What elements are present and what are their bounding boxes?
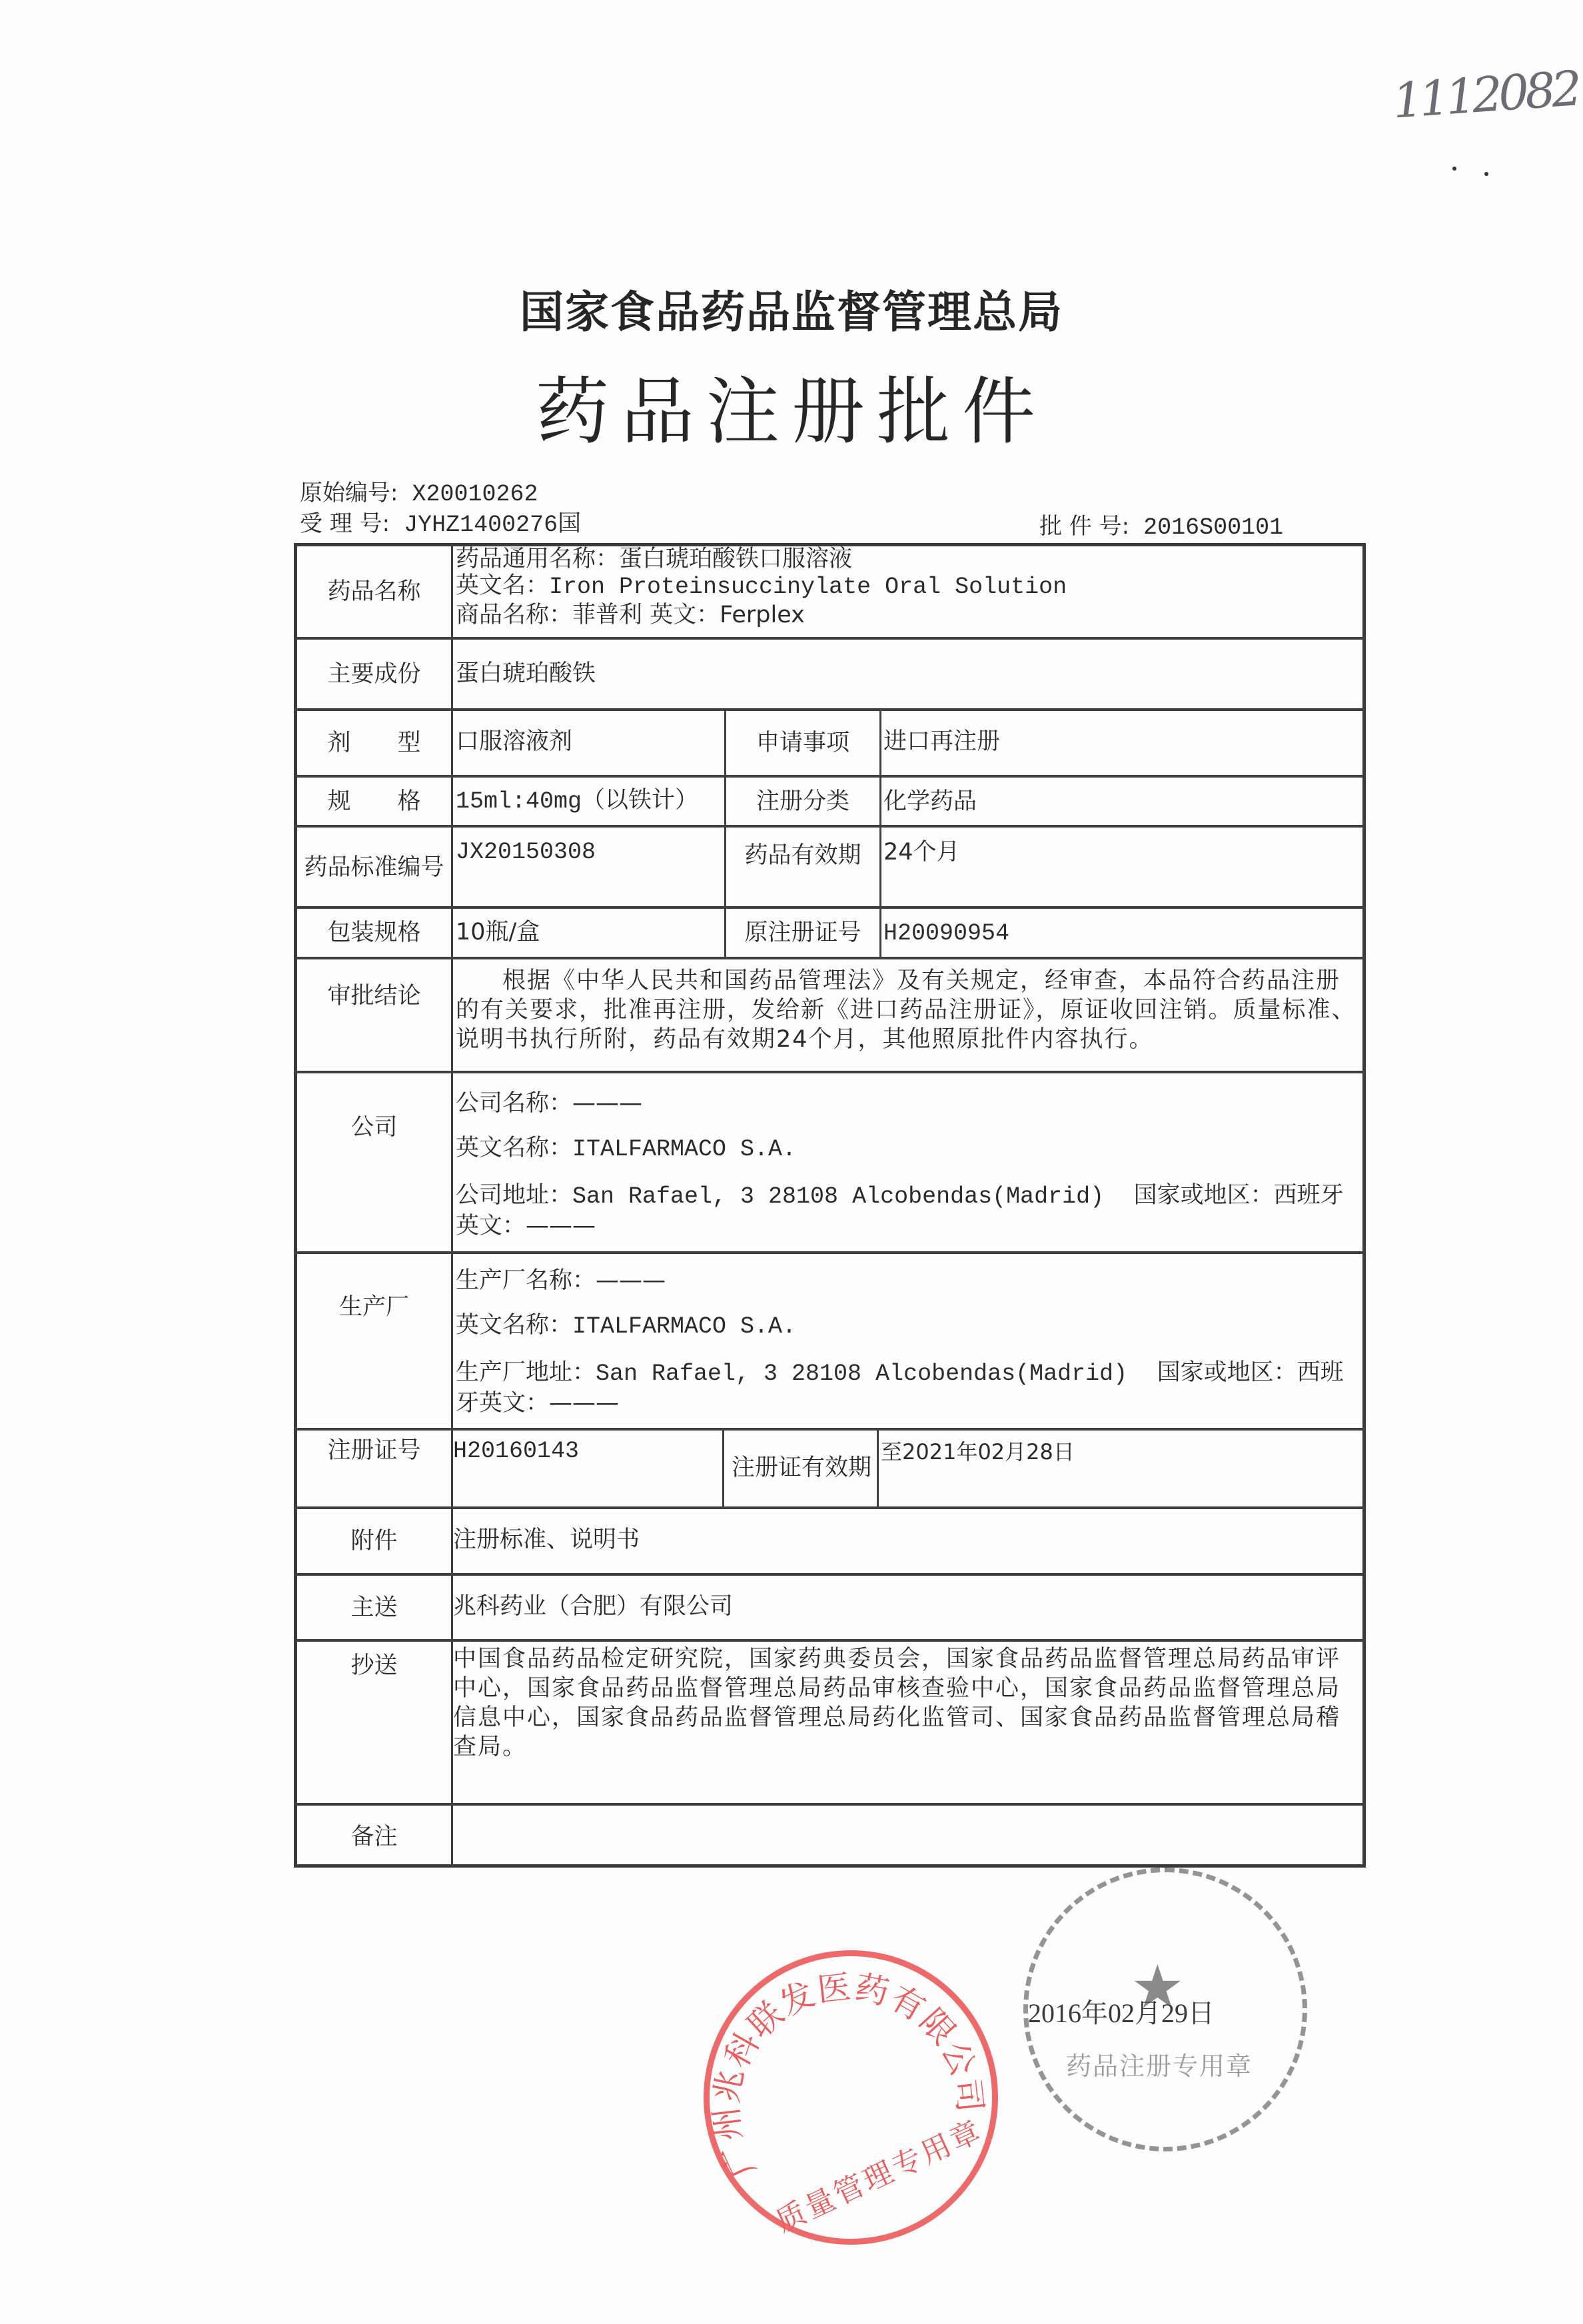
column-divider: [879, 708, 881, 958]
row-divider: [294, 957, 1366, 959]
label-conclusion: 审批结论: [297, 959, 451, 1033]
row-divider: [294, 1573, 1366, 1576]
row-divider: [294, 825, 1366, 828]
dosage-form-value: 口服溶液剂: [456, 728, 572, 756]
label-main-recipient: 主送: [297, 1576, 451, 1639]
stamp-official-text: 药品注册专用章: [1066, 2045, 1253, 2082]
acceptance-number-value: JYHZ1400276国: [404, 512, 581, 538]
company-english-name: 英文名称：ITALFARMACO S.A.: [456, 1127, 1359, 1173]
label-package: 包装规格: [297, 909, 451, 957]
original-number: 原始编号: X20010262: [300, 474, 538, 508]
label-dosage-form: 剂 型: [297, 711, 451, 775]
generic-name: 药品通用名称：蛋白琥珀酸铁口服溶液: [456, 545, 1362, 573]
label-drug-name: 药品名称: [297, 546, 451, 637]
approval-number-value: 2016S00101: [1143, 514, 1283, 541]
agency-name: 国家食品药品监督管理总局: [0, 277, 1583, 340]
reg-cert-validity-value: 至2021年02月28日: [881, 1439, 1075, 1464]
label-reg-cert-validity: 注册证有效期: [726, 1433, 877, 1504]
manufacturer-cell: 生产厂名称：——— 英文名称：ITALFARMACO S.A. 生产厂地址：Sa…: [456, 1258, 1359, 1418]
label-registration-category: 注册分类: [726, 778, 879, 825]
label-main-ingredient: 主要成份: [297, 640, 451, 708]
row-divider: [294, 637, 1366, 640]
column-divider: [877, 1428, 879, 1508]
specification-value: 15ml:40mg（以铁计）: [456, 788, 698, 816]
label-manufacturer: 生产厂: [297, 1254, 451, 1361]
main-recipient-value: 兆科药业（合肥）有限公司: [453, 1592, 733, 1620]
label-remarks: 备注: [297, 1806, 451, 1868]
label-standard-number: 药品标准编号: [297, 829, 451, 906]
package-value: 10瓶/盒: [456, 918, 540, 946]
approval-number: 批 件 号: 2016S00101: [1039, 508, 1283, 541]
company-cell: 公司名称：——— 英文名称：ITALFARMACO S.A. 公司地址：San …: [456, 1081, 1359, 1241]
scan-speck: [1484, 172, 1488, 176]
registration-category-value: 化学药品: [883, 788, 977, 816]
scan-speck: [1452, 167, 1456, 171]
main-ingredient-value: 蛋白琥珀酸铁: [456, 660, 596, 688]
original-number-label: 原始编号:: [300, 480, 398, 506]
acceptance-number-label: 受 理 号:: [300, 510, 390, 537]
approval-number-label: 批 件 号:: [1039, 513, 1129, 540]
acceptance-number: 受 理 号: JYHZ1400276国: [300, 505, 581, 538]
application-item-value: 进口再注册: [883, 728, 1000, 756]
stamp-date: 2016年02月29日: [1028, 1992, 1215, 2030]
company-address-block: 公司地址：San Rafael, 3 28108 Alcobendas(Madr…: [456, 1181, 1359, 1241]
label-company: 公司: [297, 1074, 451, 1181]
row-divider: [294, 1428, 1366, 1431]
label-application-item: 申请事项: [726, 711, 879, 775]
row-divider: [294, 1803, 1366, 1806]
label-attachments: 附件: [297, 1509, 451, 1573]
manufacturer-address: 生产厂地址：San Rafael, 3 28108 Alcobendas(Mad…: [456, 1361, 1127, 1387]
label-cc: 抄送: [297, 1646, 451, 1686]
handwritten-note: 1112082: [1390, 60, 1580, 129]
standard-number-value: JX20150308: [456, 838, 596, 866]
english-name: 英文名：Iron Proteinsuccinylate Oral Solutio…: [456, 573, 1362, 601]
row-divider: [294, 1071, 1366, 1073]
label-reg-cert-number: 注册证号: [297, 1431, 451, 1470]
row-divider: [294, 1639, 1366, 1642]
trade-name: 商品名称：菲普利 英文：Ferplex: [456, 601, 1362, 629]
label-original-reg-number: 原注册证号: [726, 909, 879, 957]
row-divider: [294, 1506, 1366, 1509]
cc-value: 中国食品药品检定研究院，国家药典委员会，国家食品药品监督管理总局药品审评中心，国…: [453, 1644, 1360, 1762]
label-shelf-life: 药品有效期: [726, 829, 879, 882]
shelf-life-value: 24个月: [883, 838, 960, 866]
manufacturer-address-block: 生产厂地址：San Rafael, 3 28108 Alcobendas(Mad…: [456, 1358, 1359, 1418]
conclusion-text: 根据《中华人民共和国药品管理法》及有关规定，经审查，本品符合药品注册的有关要求，…: [456, 966, 1359, 1054]
column-divider: [722, 1428, 724, 1508]
original-reg-number-value: H20090954: [883, 919, 1009, 947]
manufacturer-name: 生产厂名称：———: [456, 1258, 1359, 1304]
company-address: 公司地址：San Rafael, 3 28108 Alcobendas(Madr…: [456, 1183, 1104, 1210]
drug-name-cell: 药品通用名称：蛋白琥珀酸铁口服溶液 英文名：Iron Proteinsuccin…: [456, 545, 1362, 629]
document-title: 药品注册批件: [0, 353, 1583, 458]
company-name: 公司名称：———: [456, 1081, 1359, 1127]
reg-cert-number-value: H20160143: [453, 1437, 579, 1465]
row-divider: [294, 1251, 1366, 1254]
manufacturer-english-name: 英文名称：ITALFARMACO S.A.: [456, 1304, 1359, 1350]
original-number-value: X20010262: [412, 481, 538, 508]
label-specification: 规 格: [297, 778, 451, 825]
attachments-value: 注册标准、说明书: [453, 1526, 640, 1554]
